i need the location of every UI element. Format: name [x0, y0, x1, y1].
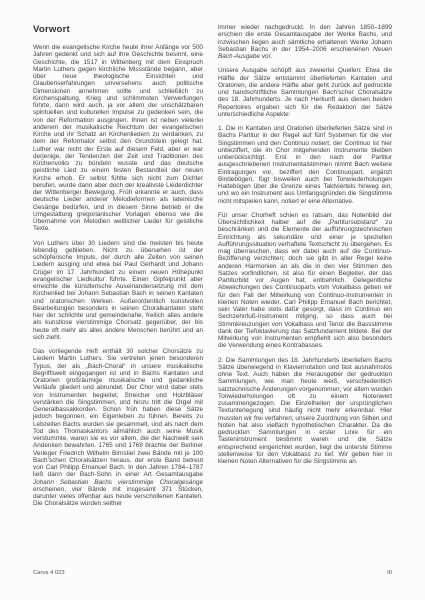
paragraph-text: immer wieder nachgedruckt. In den Jahren… — [218, 24, 392, 53]
paragraph-quellen: Unsere Ausgabe schöpft aus zweierlei Que… — [218, 67, 392, 118]
paragraph-chorheft: Für unser Chorheft schien es ratsam, das… — [218, 212, 392, 350]
document-page: Vorwort Wenn die evangelische Kirche heu… — [0, 0, 425, 600]
right-column: immer wieder nachgedruckt. In den Jahren… — [218, 24, 392, 465]
edition-number: Carus 4 023 — [33, 570, 65, 577]
paragraph-text: vor. — [260, 53, 272, 60]
paragraph-text: Das vorliegende Heft enthält 30 solcher … — [33, 348, 203, 478]
paragraph-punkt-2: 2. Die Sammlungen des 18. Jahrhunderts ü… — [218, 357, 392, 466]
paragraph-gesamtausgabe: immer wieder nachgedruckt. In den Jahren… — [218, 24, 392, 60]
paragraph-text: erscheinen, vier Bände mit insgesamt 371… — [33, 486, 203, 508]
page-footer: Carus 4 023 III — [33, 570, 392, 577]
two-column-layout: Vorwort Wenn die evangelische Kirche heu… — [33, 24, 392, 508]
paragraph-heft-inhalt: Das vorliegende Heft enthält 30 solcher … — [33, 348, 203, 508]
italic-edition-title: Johann Sebastian Bachs vierstimmige Chor… — [33, 479, 203, 486]
page-title: Vorwort — [33, 24, 203, 35]
paragraph-punkt-1: 1. Die in Kantaten und Oratorien überlie… — [218, 125, 392, 205]
left-column: Vorwort Wenn die evangelische Kirche heu… — [33, 24, 203, 508]
paragraph-luther-intro: Wenn die evangelische Kirche heute ihrer… — [33, 44, 203, 233]
page-number: III — [387, 570, 392, 577]
paragraph-luther-lieder: Von Luthers über 30 Liedern sind die mei… — [33, 240, 203, 342]
